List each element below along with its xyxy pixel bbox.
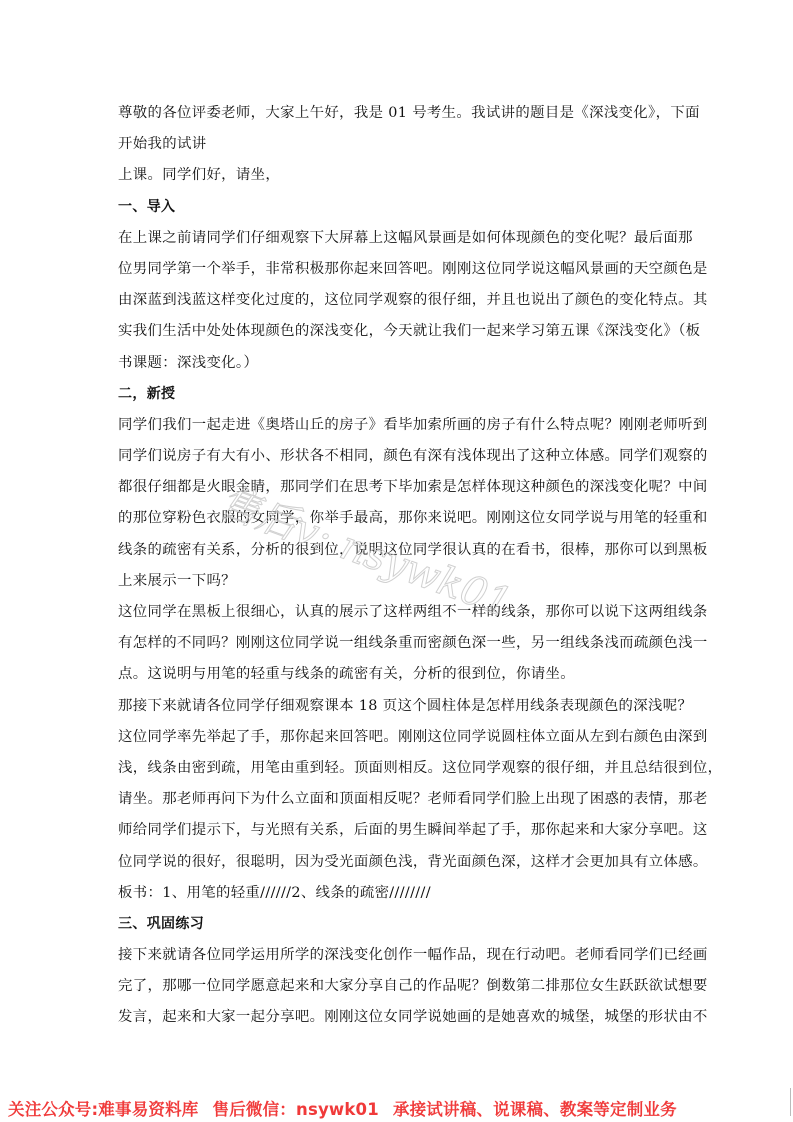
section-heading-intro: 一、导入 xyxy=(118,192,678,223)
text-line: 上来展示一下吗？ xyxy=(118,566,678,597)
text-line: 有怎样的不同吗？刚刚这位同学说一组线条重而密颜色深一些，另一组线条浅而疏颜色浅一 xyxy=(118,628,678,659)
section-heading-new-lesson: 二，新授 xyxy=(118,379,678,410)
page-edge-divider xyxy=(790,1088,791,1116)
footer-banner: 关注公众号:难事易资料库售后微信：nsywk01承接试讲稿、说课稿、教案等定制业… xyxy=(8,1096,788,1120)
text-line: 都很仔细都是火眼金睛，那同学们在思考下毕加索是怎样体现这种颜色的深浅变化呢？中间 xyxy=(118,472,678,503)
section-heading-practice: 三、巩固练习 xyxy=(118,909,678,940)
text-line: 同学们我们一起走进《奥塔山丘的房子》看毕加索所画的房子有什么特点呢？刚刚老师听到 xyxy=(118,410,678,441)
text-line: 这位同学在黑板上很细心，认真的展示了这样两组不一样的线条，那你可以说下这两组线条 xyxy=(118,597,678,628)
text-line: 接下来就请各位同学运用所学的深浅变化创作一幅作品，现在行动吧。老师看同学们已经画 xyxy=(118,940,678,971)
text-line: 师给同学们提示下，与光照有关系，后面的男生瞬间举起了手，那你起来和大家分享吧。这 xyxy=(118,815,678,846)
text-line: 请坐。那老师再问下为什么立面和顶面相反呢？老师看同学们脸上出现了困惑的表情，那老 xyxy=(118,784,678,815)
text-line: 这位同学率先举起了手，那你起来回答吧。刚刚这位同学说圆柱体立面从左到右颜色由深到 xyxy=(118,722,678,753)
text-line: 点。这说明与用笔的轻重与线条的疏密有关，分析的很到位，你请坐。 xyxy=(118,659,678,690)
text-line: 的那位穿粉色衣服的女同学，你举手最高，那你来说吧。刚刚这位女同学说与用笔的轻重和 xyxy=(118,503,678,534)
text-line: 那接下来就请各位同学仔细观察课本 18 页这个圆柱体是怎样用线条表现颜色的深浅呢… xyxy=(118,691,678,722)
text-line: 由深蓝到浅蓝这样变化过度的，这位同学观察的很仔细，并且也说出了颜色的变化特点。其 xyxy=(118,285,678,316)
document-body: 尊敬的各位评委老师，大家上午好，我是 01 号考生。我试讲的题目是《深浅变化》，… xyxy=(118,98,678,1034)
text-line: 完了，那哪一位同学愿意起来和大家分享自己的作品呢？倒数第二排那位女生跃跃欲试想要 xyxy=(118,971,678,1002)
text-line: 发言，起来和大家一起分享吧。刚刚这位女同学说她画的是她喜欢的城堡，城堡的形状由不 xyxy=(118,1002,678,1033)
footer-account: 关注公众号:难事易资料库 xyxy=(8,1100,199,1119)
text-line: 实我们生活中处处体现颜色的深浅变化，今天就让我们一起来学习第五课《深浅变化》（板 xyxy=(118,316,678,347)
text-line: 同学们说房子有大有小、形状各不相同，颜色有深有浅体现出了这种立体感。同学们观察的 xyxy=(118,441,678,472)
document-page: 尊敬的各位评委老师，大家上午好，我是 01 号考生。我试讲的题目是《深浅变化》，… xyxy=(0,0,793,1122)
board-writing-line: 板书：1、用笔的轻重//////2、线条的疏密//////// xyxy=(118,878,678,909)
text-line: 线条的疏密有关系，分析的很到位，说明这位同学很认真的在看书，很棒，那你可以到黑板 xyxy=(118,535,678,566)
text-line: 位男同学第一个举手，非常积极那你起来回答吧。刚刚这位同学说这幅风景画的天空颜色是 xyxy=(118,254,678,285)
text-line: 上课。同学们好，请坐， xyxy=(118,160,678,191)
text-line: 在上课之前请同学们仔细观察下大屏幕上这幅风景画是如何体现颜色的变化呢？最后面那 xyxy=(118,223,678,254)
text-line: 书课题：深浅变化。） xyxy=(118,348,678,379)
footer-service: 承接试讲稿、说课稿、教案等定制业务 xyxy=(393,1100,677,1119)
footer-wechat: 售后微信：nsywk01 xyxy=(213,1100,379,1119)
text-line: 尊敬的各位评委老师，大家上午好，我是 01 号考生。我试讲的题目是《深浅变化》，… xyxy=(118,98,678,129)
text-line: 开始我的试讲 xyxy=(118,129,678,160)
text-line: 位同学说的很好，很聪明，因为受光面颜色浅，背光面颜色深，这样才会更加具有立体感。 xyxy=(118,847,678,878)
text-line: 浅，线条由密到疏，用笔由重到轻。顶面则相反。这位同学观察的很仔细，并且总结很到位… xyxy=(118,753,678,784)
